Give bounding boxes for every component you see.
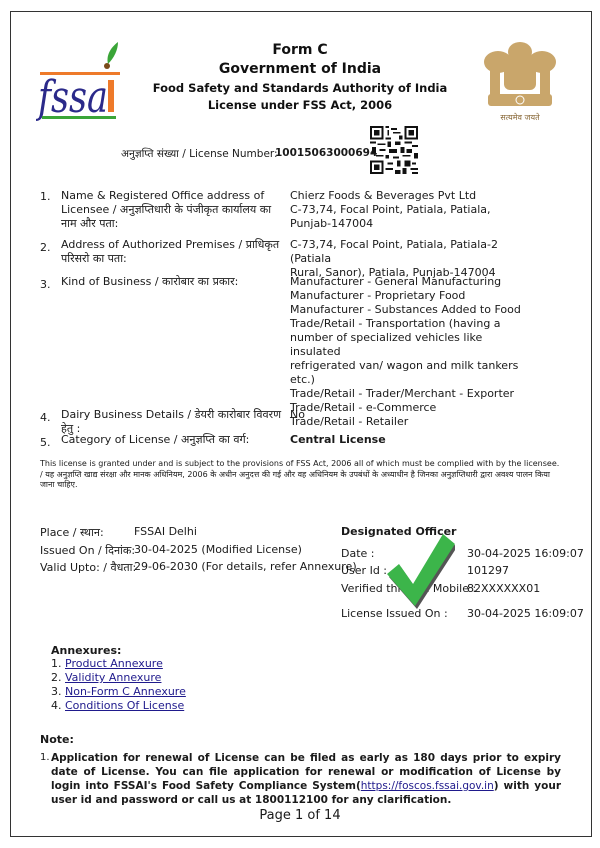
- business-kind: Trade/Retail - Transportation (having a: [290, 317, 530, 331]
- item-label-category: Category of License / अनुज्ञप्ति का वर्ग…: [61, 433, 283, 447]
- authority-title: Food Safety and Standards Authority of I…: [140, 81, 460, 95]
- verified-check-icon: [385, 530, 455, 610]
- annexure-number: 4.: [51, 699, 62, 712]
- annexure-item: 2. Validity Annexure: [51, 671, 161, 684]
- national-emblem: सत्यमेव जयते: [474, 38, 566, 124]
- business-kind: Trade/Retail - Trader/Merchant - Exporte…: [290, 387, 530, 401]
- business-kind: Manufacturer - Proprietary Food: [290, 289, 530, 303]
- annexure-number: 2.: [51, 671, 62, 684]
- licensee-name: Chierz Foods & Beverages Pvt Ltd: [290, 189, 530, 203]
- licensee-address-line: C-73,74, Focal Point, Patiala, Patiala,: [290, 203, 530, 217]
- license-number: 10015063000694: [275, 147, 377, 159]
- business-kind: refrigerated van/ wagon and milk tankers…: [290, 359, 530, 387]
- svg-text:fssa: fssa: [36, 72, 108, 122]
- item-value-licensee: Chierz Foods & Beverages Pvt Ltd C-73,74…: [290, 189, 530, 231]
- annexure-item: 3. Non-Form C Annexure: [51, 685, 186, 698]
- renewal-note: Application for renewal of License can b…: [51, 751, 561, 807]
- validity-annexure-link[interactable]: Validity Annexure: [65, 671, 161, 684]
- qr-code: [370, 125, 418, 175]
- page-number: Page 1 of 14: [0, 808, 600, 823]
- note-number: 1.: [40, 752, 50, 763]
- valid-upto-label: Valid Upto: / वैधता:: [40, 560, 136, 575]
- fssai-logo: fssa: [36, 40, 126, 122]
- annexures-title: Annexures:: [51, 644, 121, 657]
- license-issued-on-value: 30-04-2025 16:09:07: [467, 607, 584, 620]
- issued-on-value: 30-04-2025 (Modified License): [134, 543, 302, 556]
- place-value: FSSAI Delhi: [134, 525, 197, 538]
- note-title: Note:: [40, 733, 74, 746]
- officer-date-value: 30-04-2025 16:09:07: [467, 547, 584, 560]
- license-number-label: अनुज्ञप्ति संख्या / License Number:: [121, 147, 278, 161]
- issued-on-label: Issued On / दिनांक:: [40, 543, 135, 558]
- item-label-business: Kind of Business / कारोबार का प्रकार:: [61, 275, 283, 289]
- item-label-licensee: Name & Registered Office address of Lice…: [61, 189, 283, 231]
- item-value-dairy: No: [290, 408, 530, 422]
- non-form-c-annexure-link[interactable]: Non-Form C Annexure: [65, 685, 186, 698]
- officer-userid-value: 101297: [467, 564, 509, 577]
- item-number: 5.: [40, 436, 51, 449]
- grant-statement: This license is granted under and is sub…: [40, 459, 560, 491]
- business-kind: Manufacturer - General Manufacturing: [290, 275, 530, 289]
- item-number: 3.: [40, 278, 51, 291]
- item-label-dairy: Dairy Business Details / डेयरी कारोबार व…: [61, 408, 291, 436]
- foscos-link[interactable]: https://foscos.fssai.gov.in: [361, 780, 494, 792]
- item-number: 4.: [40, 411, 51, 424]
- svg-text:सत्यमेव जयते: सत्यमेव जयते: [500, 112, 540, 122]
- item-label-premises: Address of Authorized Premises / प्राधिक…: [61, 238, 283, 266]
- officer-mobile-value: 82XXXXXX01: [467, 582, 540, 595]
- annexure-number: 1.: [51, 657, 62, 670]
- valid-upto-value: 29-06-2030 (For details, refer Annexure): [134, 560, 357, 573]
- business-kind: Manufacturer - Substances Added to Food: [290, 303, 530, 317]
- officer-date-label: Date :: [341, 547, 375, 560]
- government-title: Government of India: [140, 61, 460, 77]
- item-value-premises: C-73,74, Focal Point, Patiala, Patiala-2…: [290, 238, 530, 280]
- form-title: Form C: [140, 42, 460, 58]
- item-value-category: Central License: [290, 433, 530, 447]
- conditions-of-license-link[interactable]: Conditions Of License: [65, 699, 184, 712]
- annexure-item: 4. Conditions Of License: [51, 699, 184, 712]
- licensee-address-line: Punjab-147004: [290, 217, 530, 231]
- product-annexure-link[interactable]: Product Annexure: [65, 657, 163, 670]
- item-number: 1.: [40, 190, 51, 203]
- item-value-business: Manufacturer - General Manufacturing Man…: [290, 275, 530, 429]
- officer-userid-label: User Id :: [341, 564, 387, 577]
- act-title: License under FSS Act, 2006: [140, 98, 460, 112]
- item-number: 2.: [40, 241, 51, 254]
- annexure-number: 3.: [51, 685, 62, 698]
- premises-address-line: C-73,74, Focal Point, Patiala, Patiala-2…: [290, 238, 530, 266]
- place-label: Place / स्थान:: [40, 525, 104, 540]
- annexure-item: 1. Product Annexure: [51, 657, 163, 670]
- business-kind: number of specialized vehicles like insu…: [290, 331, 530, 359]
